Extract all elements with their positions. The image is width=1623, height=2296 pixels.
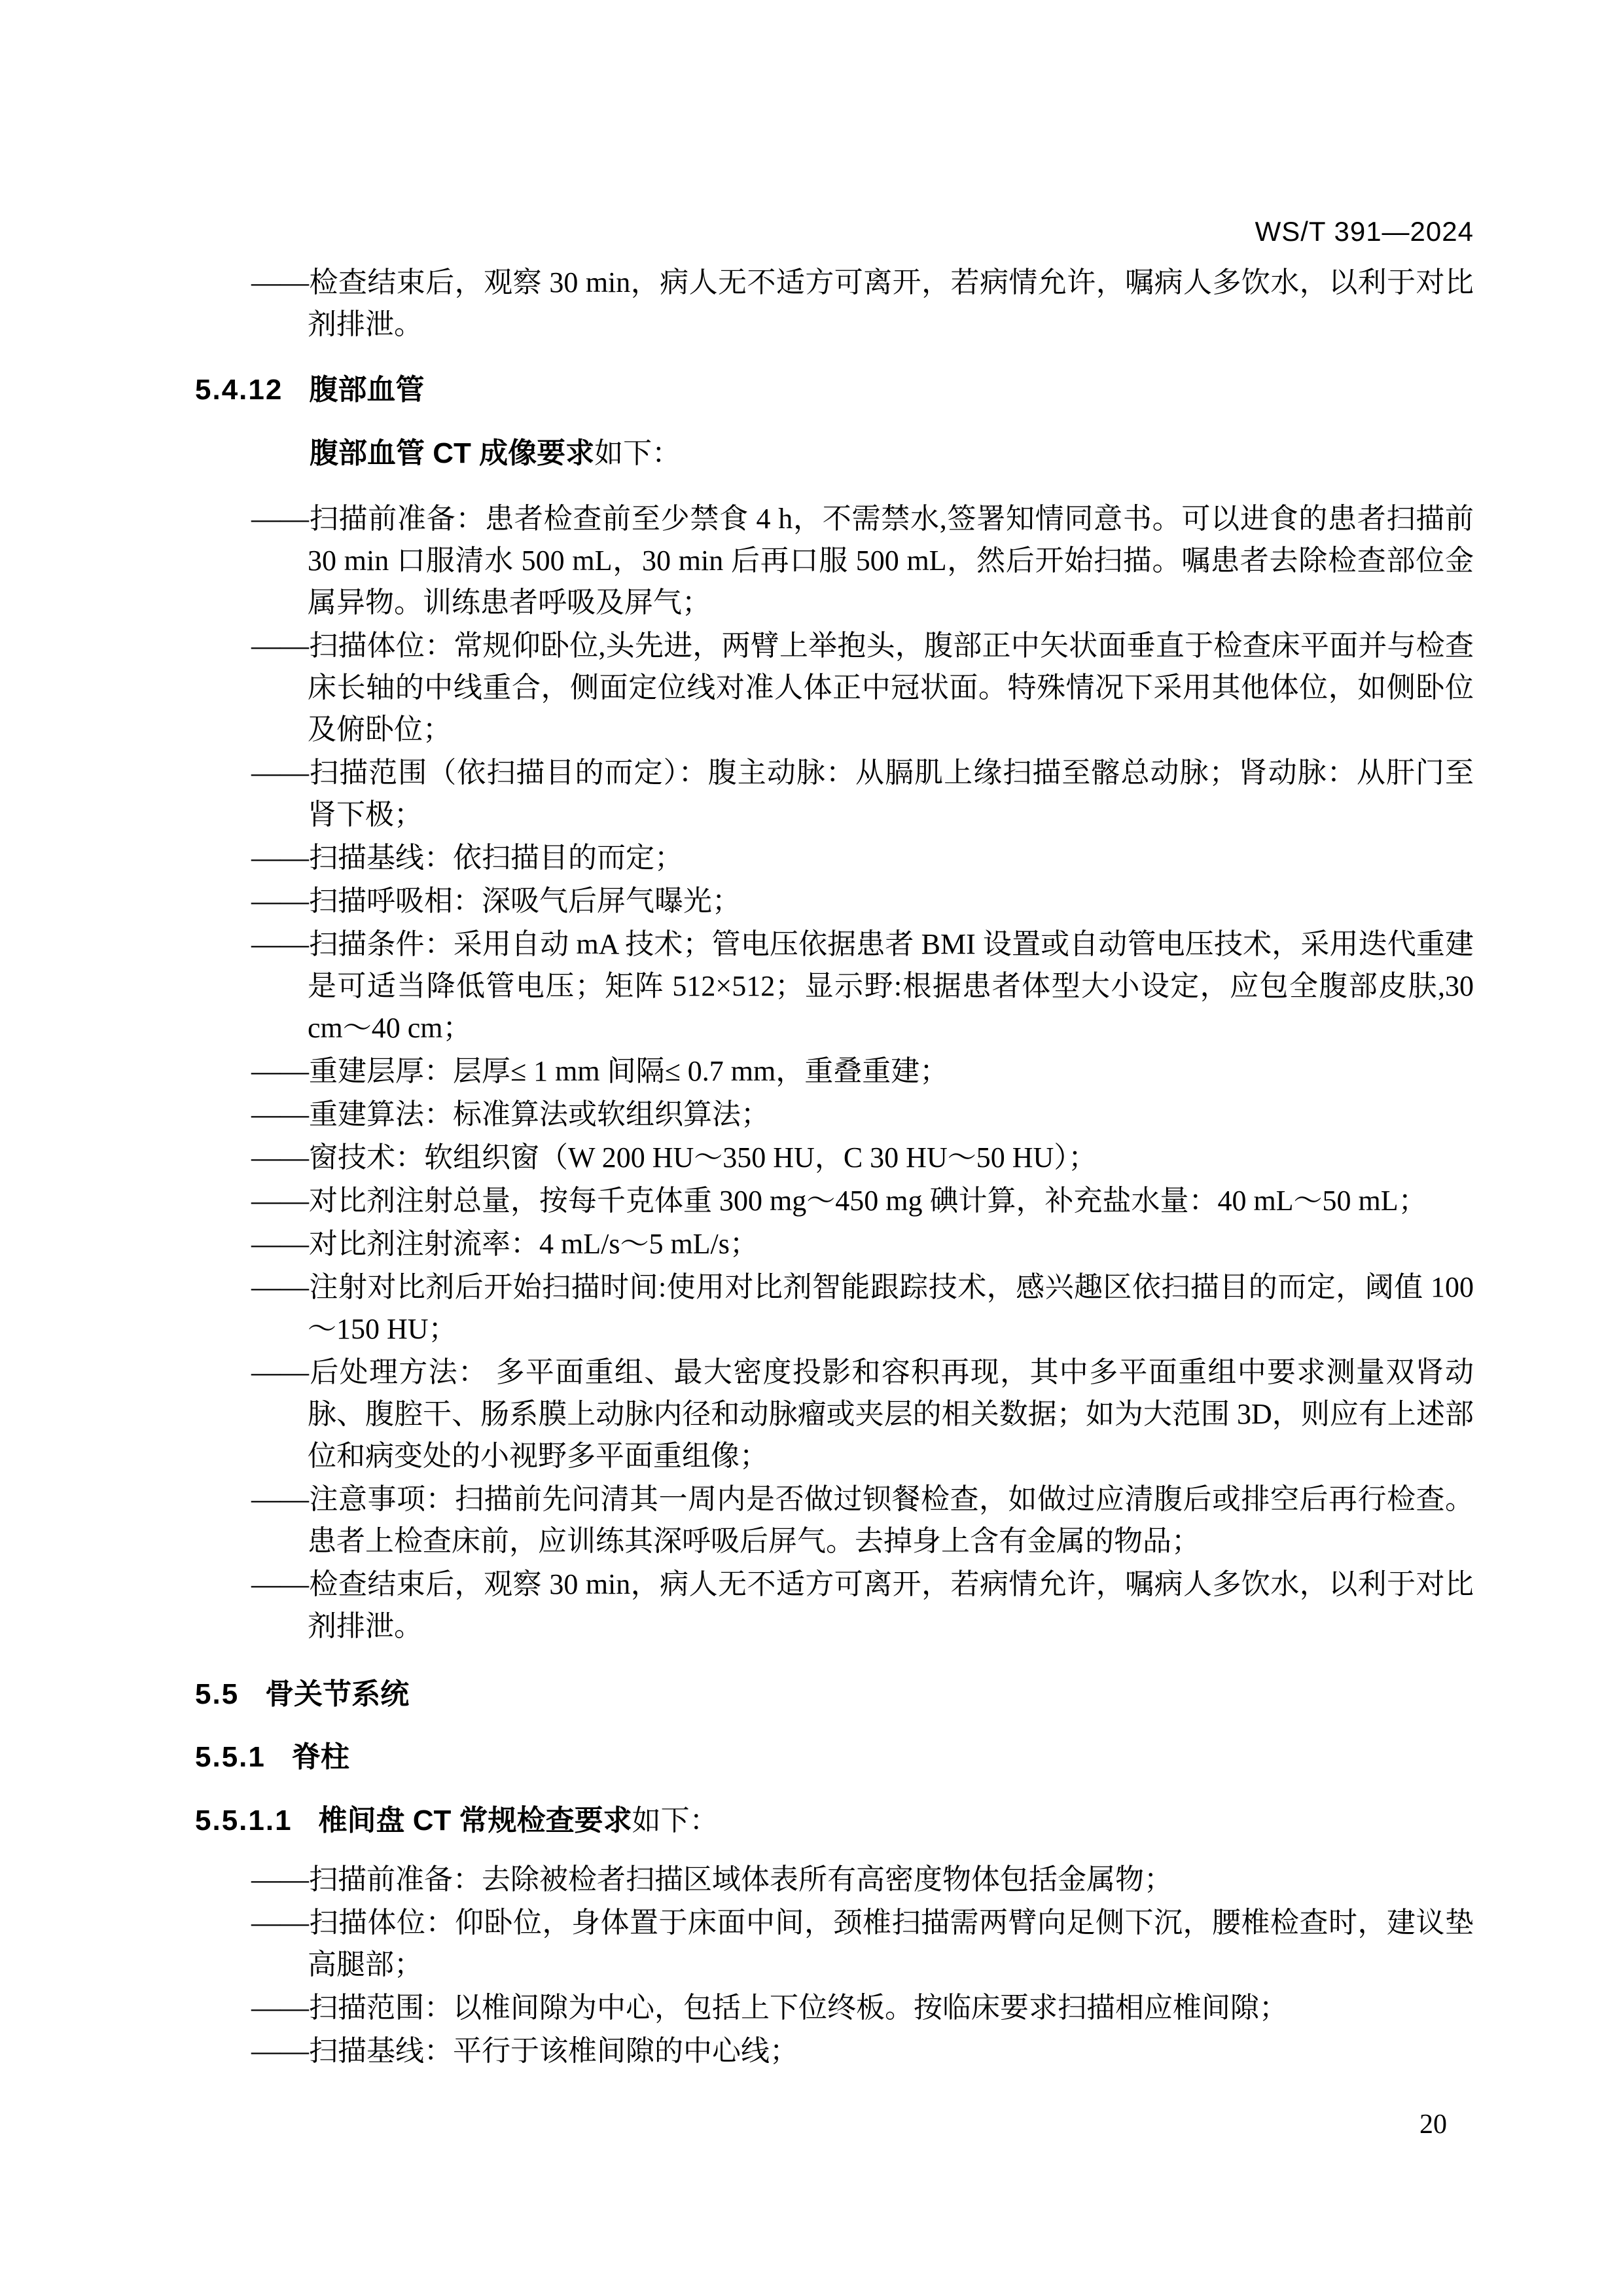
section-title: 骨关节系统	[265, 1678, 409, 1710]
section-title: 脊柱	[292, 1741, 349, 1773]
abdominal-vessel-requirements-list: ——扫描前准备：患者检查前至少禁食 4 h，不需禁水,签署知情同意书。可以进食的…	[195, 498, 1474, 1647]
list-item: ——注意事项：扫描前先问清其一周内是否做过钡餐检查，如做过应清腹后或排空后再行检…	[195, 1479, 1474, 1562]
list-item: ——扫描前准备：患者检查前至少禁食 4 h，不需禁水,签署知情同意书。可以进食的…	[195, 498, 1474, 624]
list-item: ——扫描体位：仰卧位，身体置于床面中间，颈椎扫描需两臂向足侧下沉，腰椎检查时，建…	[195, 1902, 1474, 1986]
document-code-header: WS/T 391—2024	[0, 216, 1474, 247]
section-number: 5.5.1.1	[195, 1804, 293, 1837]
section-number: 5.5	[195, 1678, 239, 1710]
section-title: 腹部血管	[309, 374, 424, 406]
section-number: 5.5.1	[195, 1741, 266, 1773]
list-item: ——检查结束后，观察 30 min，病人无不适方可离开，若病情允许，嘱病人多饮水…	[195, 1564, 1474, 1647]
list-item: ——窗技术：软组织窗（W 200 HU～350 HU，C 30 HU～50 HU…	[195, 1137, 1474, 1179]
list-item: ——扫描范围（依扫描目的而定）：腹主动脉：从膈肌上缘扫描至髂总动脉；肾动脉：从肝…	[195, 752, 1474, 836]
list-item: ——扫描呼吸相：深吸气后屏气曝光；	[195, 880, 1474, 922]
intro-sentence-rest: 如下：	[594, 437, 681, 469]
list-item: ——对比剂注射总量，按每千克体重 300 mg～450 mg 碘计算，补充盐水量…	[195, 1180, 1474, 1222]
list-item: ——扫描条件：采用自动 mA 技术；管电压依据患者 BMI 设置或自动管电压技术…	[195, 924, 1474, 1049]
list-item: ——扫描基线：平行于该椎间隙的中心线；	[195, 2030, 1474, 2072]
list-item: ——扫描范围：以椎间隙为中心，包括上下位终板。按临床要求扫描相应椎间隙；	[195, 1987, 1474, 2029]
section-heading-5-4-12: 5.4.12腹部血管	[195, 369, 1474, 411]
list-item: ——对比剂注射流率：4 mL/s～5 mL/s；	[195, 1223, 1474, 1265]
list-item: ——重建算法：标准算法或软组织算法；	[195, 1094, 1474, 1136]
intro-sentence: 腹部血管 CT 成像要求如下：	[310, 433, 1474, 475]
intervertebral-disc-requirements-list: ——扫描前准备：去除被检者扫描区域体表所有高密度物体包括金属物； ——扫描体位：…	[195, 1859, 1474, 2072]
list-item-carryover: ——检查结束后，观察 30 min，病人无不适方可离开，若病情允许，嘱病人多饮水…	[195, 262, 1474, 346]
list-item: ——重建层厚：层厚≤ 1 mm 间隔≤ 0.7 mm，重叠重建；	[195, 1050, 1474, 1092]
page-number: 20	[1400, 2109, 1466, 2140]
section-heading-5-5-1-1: 5.5.1.1椎间盘 CT 常规检查要求如下：	[195, 1800, 1474, 1842]
section-title-tail: 如下：	[632, 1804, 719, 1837]
list-item: ——扫描基线：依扫描目的而定；	[195, 837, 1474, 879]
section-title: 椎间盘 CT 常规检查要求	[319, 1804, 632, 1837]
section-heading-5-5-1: 5.5.1脊柱	[195, 1736, 1474, 1778]
list-item: ——扫描体位：常规仰卧位,头先进，两臂上举抱头，腹部正中矢状面垂直于检查床平面并…	[195, 625, 1474, 751]
page-body: ——检查结束后，观察 30 min，病人无不适方可离开，若病情允许，嘱病人多饮水…	[195, 260, 1474, 2072]
intro-sentence-bold: 腹部血管 CT 成像要求	[310, 437, 594, 469]
section-heading-5-5: 5.5骨关节系统	[195, 1674, 1474, 1715]
section-number: 5.4.12	[195, 374, 283, 406]
list-item: ——扫描前准备：去除被检者扫描区域体表所有高密度物体包括金属物；	[195, 1859, 1474, 1901]
list-item: ——后处理方法： 多平面重组、最大密度投影和容积再现，其中多平面重组中要求测量双…	[195, 1352, 1474, 1477]
list-item: ——注射对比剂后开始扫描时间:使用对比剂智能跟踪技术，感兴趣区依扫描目的而定，阈…	[195, 1266, 1474, 1350]
